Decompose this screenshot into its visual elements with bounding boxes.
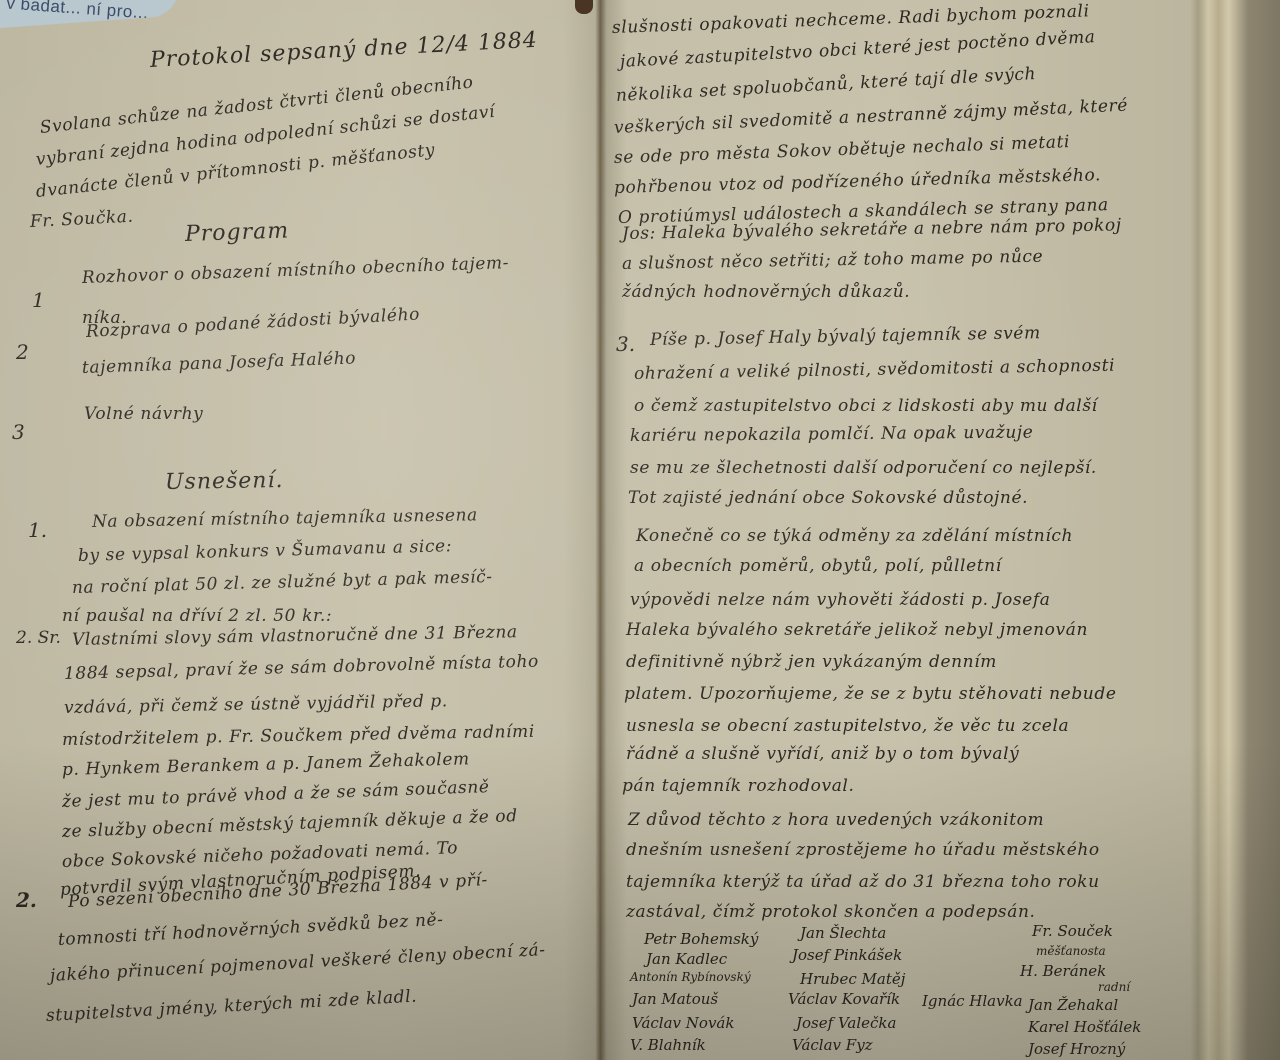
text-line: žádných hodnověrných důkazů. (622, 282, 910, 302)
resolution-line: tomnosti tří hodnověrných svědků bez ně- (57, 910, 444, 950)
text-line: pán tajemník rozhodoval. (622, 776, 854, 796)
signature: H. Beránek (1020, 962, 1106, 980)
text-line: se mu ze šlechetnosti další odporučení c… (630, 458, 1097, 478)
resolution-line: ní paušal na dříví 2 zl. 50 kr.: (62, 606, 332, 626)
left-page: Protokol sepsaný dne 12/4 1884 Svolana s… (0, 0, 590, 1060)
signature: Jan Žehakal (1028, 996, 1118, 1014)
resolution-number: 2. (16, 888, 37, 912)
text-line: se ode pro města Sokov obětuje nechalo s… (614, 132, 1071, 168)
resolution-heading: Usnešení. (165, 468, 284, 495)
intro-line: Fr. Součka. (29, 207, 134, 232)
text-line: řádně a slušně vyřídí, aniž by o tom býv… (626, 744, 1019, 764)
text-line: pohřbenou vtoz od podřízeného úředníka m… (614, 165, 1102, 198)
text-line: a slušnost něco setřiti; až toho mame po… (622, 247, 1044, 274)
resolution-line: p. Hynkem Berankem a p. Janem Žehakolem (62, 749, 470, 780)
binding-clip (575, 0, 593, 14)
signature: Jan Kadlec (646, 950, 727, 968)
signature: Josef Valečka (796, 1014, 896, 1032)
resolution-line: 1884 sepsal, praví že se sám dobrovolně … (64, 652, 539, 684)
signature: Antonín Rybínovský (630, 970, 751, 984)
item-number: 3. (616, 332, 635, 356)
program-number: 1 (32, 288, 45, 312)
text-line: několika set spoluobčanů, které tají dle… (615, 64, 1036, 106)
text-line: Píše p. Josef Haly bývalý tajemník se sv… (650, 323, 1041, 350)
text-line: usnesla se obecní zastupitelstvo, že věc… (626, 716, 1069, 736)
resolution-line: na roční plat 50 zl. ze služné byt a pak… (72, 567, 493, 598)
signature-title: radní (1098, 980, 1130, 994)
resolution-line: místodržitelem p. Fr. Součkem před dvěma… (62, 722, 535, 750)
program-number: 3 (12, 420, 25, 444)
resolution-line: Na obsazení místního tajemníka usnesena (92, 505, 478, 532)
program-number: 2 (16, 340, 29, 364)
signature: Jan Šlechta (800, 924, 886, 942)
program-item: Volné návrhy (84, 404, 203, 424)
signature: Ignác Hlavka (922, 992, 1023, 1010)
text-line: dnešním usnešení zprostějeme ho úřadu mě… (626, 840, 1100, 860)
resolution-number: 1. (28, 518, 47, 542)
resolution-line: by se vypsal konkurs v Šumavanu a sice: (78, 536, 453, 566)
resolution-line: že jest mu to právě vhod a že se sám sou… (62, 777, 490, 812)
text-line: výpovědi nelze nám vyhověti žádosti p. J… (630, 590, 1050, 610)
program-item: Rozhovor o obsazení místního obecního ta… (82, 253, 510, 288)
text-line: tajemníka kterýž ta úřad až do 31 března… (626, 872, 1100, 892)
ledger-spread: v badat... ní pro... Protokol sepsaný dn… (0, 0, 1280, 1060)
program-heading: Program (185, 218, 290, 247)
signature: Josef Pinkášek (792, 946, 902, 964)
signature: Václav Kovařík (788, 990, 900, 1008)
text-line: o čemž zastupitelstvo obci z lidskosti a… (634, 396, 1098, 416)
resolution-line: vzdává, při čemž se ústně vyjádřil před … (64, 691, 448, 718)
text-line: ohražení a veliké pilnosti, svědomitosti… (634, 356, 1115, 384)
resolution-line: ze služby obecní městský tajemník děkuje… (62, 806, 518, 842)
text-line: Tot zajisté jednání obce Sokovské důstoj… (628, 488, 1028, 508)
signature: Jan Matouš (632, 990, 718, 1008)
program-item: Rozprava o podané žádosti bývalého (85, 305, 420, 342)
text-line: kariéru nepokazila pomlčí. Na opak uvažu… (630, 422, 1034, 446)
signature: Josef Hrozný (1028, 1040, 1125, 1058)
text-line: Haleka bývalého sekretáře jelikož nebyl … (626, 620, 1088, 640)
right-page: slušnosti opakovati nechceme. Radi bycho… (600, 0, 1200, 1060)
signature: Václav Fyz (792, 1036, 873, 1054)
resolution-line: jakého přinucení pojmenoval veškeré člen… (49, 940, 546, 986)
signature: Karel Hošťálek (1028, 1018, 1141, 1036)
text-line: platem. Upozorňujeme, že se z bytu stěho… (624, 684, 1117, 704)
resolution-number: 2. Sr. (16, 628, 61, 648)
signature: Fr. Souček (1032, 922, 1113, 940)
text-line: a obecních poměrů, obytů, polí, půlletní (634, 556, 1002, 576)
signature-title: měšťanosta (1036, 944, 1106, 958)
signature: Václav Novák (632, 1014, 734, 1032)
signature: Petr Bohemský (644, 930, 758, 948)
signature: V. Blahník (630, 1036, 706, 1054)
resolution-line: Vlastními slovy sám vlastnoručně dne 31 … (72, 622, 518, 650)
text-line: zastával, čímž protokol skončen a podeps… (626, 902, 1036, 922)
program-item: tajemníka pana Josefa Halého (82, 348, 357, 378)
resolution-line: stupitelstva jmény, kterých mi zde kladl… (45, 987, 417, 1026)
text-line: Z důvod těchto z hora uvedených vzákonit… (628, 810, 1044, 830)
signature: Hrubec Matěj (800, 970, 905, 988)
text-line: definitivně nýbrž jen vykázaným denním (626, 652, 997, 672)
protocol-title: Protokol sepsaný dne 12/4 1884 (149, 28, 538, 73)
text-line: Konečně co se týká odměny za zdělání mís… (636, 526, 1073, 546)
